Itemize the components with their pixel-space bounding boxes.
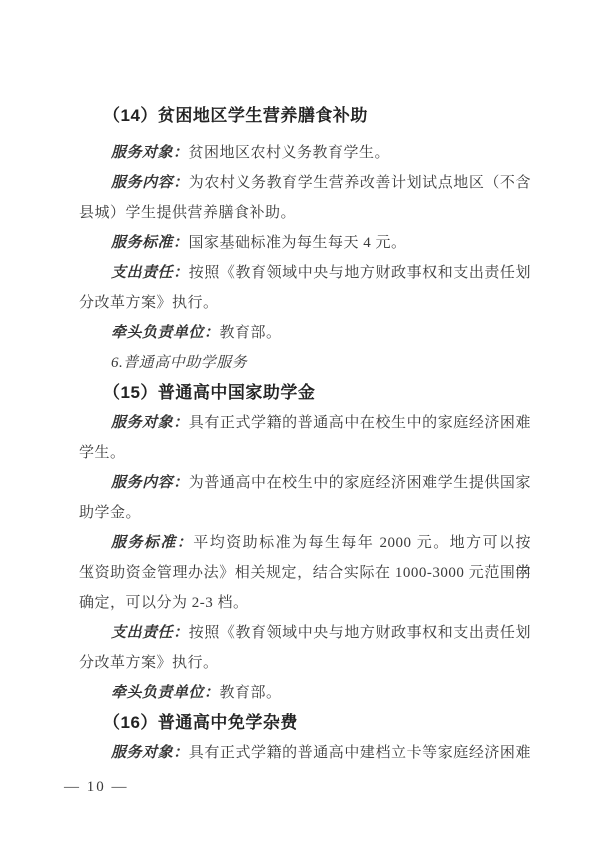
field-label: 牵头负责单位： [111,685,220,701]
page-number: — 10 — [64,779,129,795]
field-label: 服务标准： [111,235,189,251]
paragraph-continuation: 分改革方案》执行。 [79,648,531,678]
subsection-title-6: 6.普通高中助学服务 [79,348,531,378]
document-page: （14）贫困地区学生营养膳食补助 服务对象：贫困地区农村义务教育学生。 服务内容… [0,0,610,864]
paragraph-service-target: 服务对象：具有正式学籍的普通高中建档立卡等家庭经济困难 [79,738,531,768]
paragraph-service-standard: 服务标准：平均资助标准为每生每年 2000 元。地方可以按《学 [79,528,531,558]
field-text: 国家基础标准为每生每天 4 元。 [189,235,407,251]
field-label: 服务对象： [111,745,189,761]
paragraph-service-content: 服务内容：为农村义务教育学生营养改善计划试点地区（不含 [79,168,531,198]
paragraph-continuation: 助学金。 [79,498,531,528]
field-text: 贫困地区农村义务教育学生。 [189,145,391,161]
field-label: 服务对象： [111,415,189,431]
field-label: 支出责任： [111,625,189,641]
field-text: 具有正式学籍的普通高中建档立卡等家庭经济困难 [189,745,531,761]
field-label: 服务对象： [111,145,189,161]
paragraph-service-content: 服务内容：为普通高中在校生中的家庭经济困难学生提供国家 [79,468,531,498]
field-text: 教育部。 [220,685,282,701]
paragraph-continuation: 分改革方案》执行。 [79,288,531,318]
paragraph-continuation: 学生。 [79,438,531,468]
field-text: 按照《教育领域中央与地方财政事权和支出责任划 [189,265,531,281]
paragraph-service-target: 服务对象：具有正式学籍的普通高中在校生中的家庭经济困难 [79,408,531,438]
section-heading-16: （16）普通高中免学杂费 [79,708,531,738]
paragraph-expenditure: 支出责任：按照《教育领域中央与地方财政事权和支出责任划 [79,258,531,288]
field-text: 具有正式学籍的普通高中在校生中的家庭经济困难 [189,415,531,431]
field-text: 按照《教育领域中央与地方财政事权和支出责任划 [189,625,531,641]
paragraph-service-standard: 服务标准：国家基础标准为每生每天 4 元。 [79,228,531,258]
paragraph-continuation: 生资助资金管理办法》相关规定，结合实际在 1000-3000 元范围内 [79,558,531,588]
section-heading-14: （14）贫困地区学生营养膳食补助 [79,101,531,131]
document-body: （14）贫困地区学生营养膳食补助 服务对象：贫困地区农村义务教育学生。 服务内容… [79,101,531,768]
field-label: 服务标准： [111,535,193,551]
paragraph-continuation: 确定，可以分为 2-3 档。 [79,588,531,618]
field-label: 服务内容： [111,175,189,191]
paragraph-lead-unit: 牵头负责单位：教育部。 [79,678,531,708]
field-text: 为普通高中在校生中的家庭经济困难学生提供国家 [189,475,531,491]
paragraph-continuation: 县城）学生提供营养膳食补助。 [79,198,531,228]
paragraph-expenditure: 支出责任：按照《教育领域中央与地方财政事权和支出责任划 [79,618,531,648]
section-heading-15: （15）普通高中国家助学金 [79,378,531,408]
field-text: 教育部。 [220,325,282,341]
field-text: 为农村义务教育学生营养改善计划试点地区（不含 [189,175,531,191]
field-label: 服务内容： [111,475,189,491]
paragraph-lead-unit: 牵头负责单位：教育部。 [79,318,531,348]
field-label: 牵头负责单位： [111,325,220,341]
field-label: 支出责任： [111,265,189,281]
paragraph-service-target: 服务对象：贫困地区农村义务教育学生。 [79,138,531,168]
